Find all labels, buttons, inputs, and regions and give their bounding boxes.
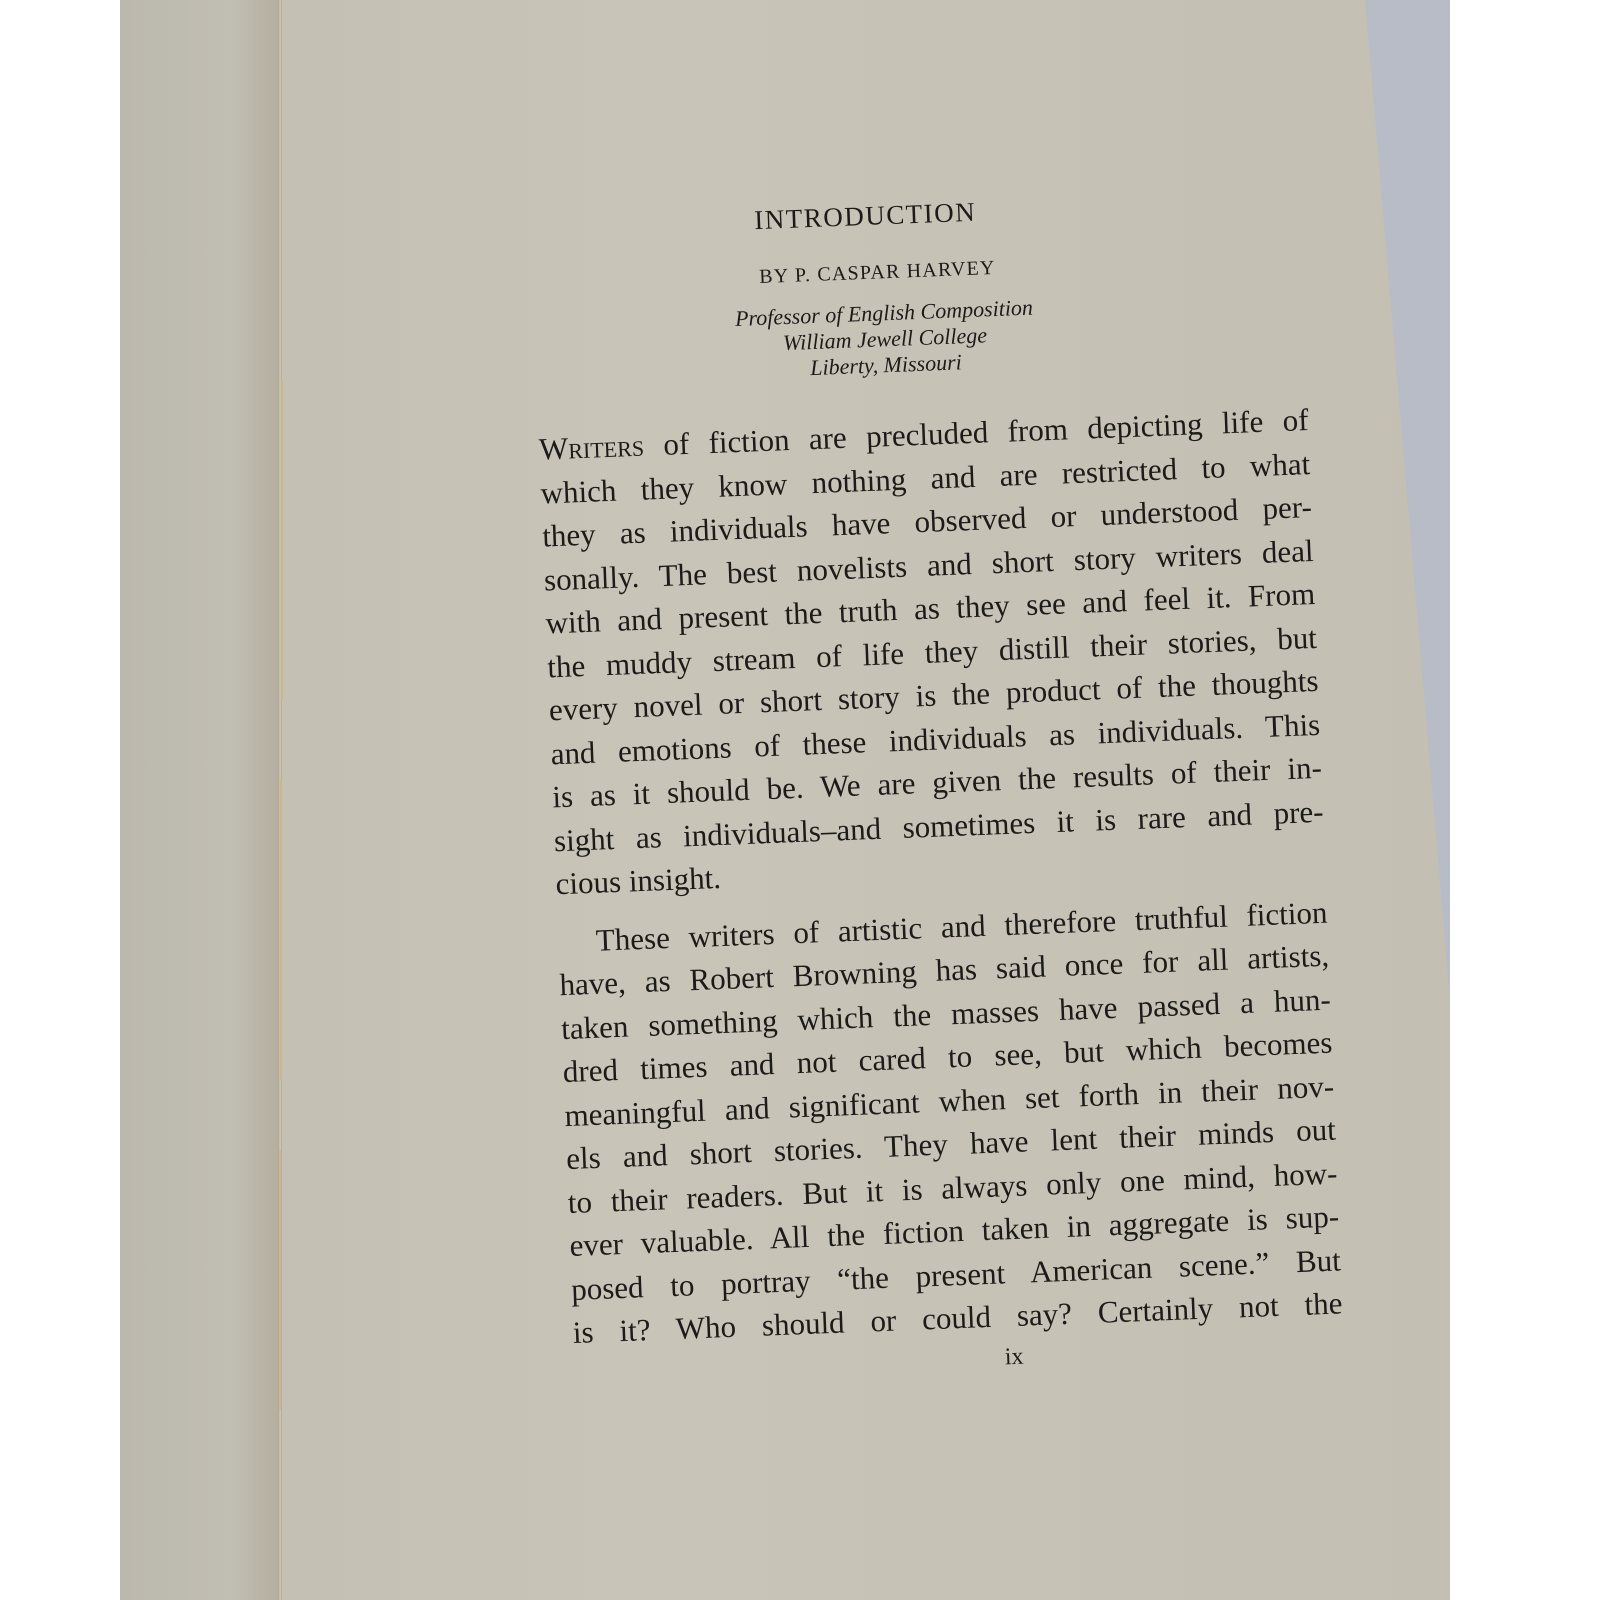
page-text: INTRODUCTION BY P. CASPAR HARVEY Profess… bbox=[420, 184, 1344, 1391]
paragraph: Writers of fiction are precluded from de… bbox=[428, 398, 1326, 910]
binding-thread bbox=[281, 380, 283, 700]
book-photo: INTRODUCTION BY P. CASPAR HARVEY Profess… bbox=[120, 0, 1450, 1600]
drop-smallcaps-word: Writers bbox=[538, 428, 644, 467]
binding-thread bbox=[279, 1150, 281, 1410]
left-page-edge bbox=[120, 0, 280, 1600]
binding-thread bbox=[280, 780, 282, 1080]
author-affiliation: Professor of English Composition William… bbox=[424, 284, 1306, 396]
paragraph: These writers of artistic and therefore … bbox=[447, 890, 1343, 1358]
